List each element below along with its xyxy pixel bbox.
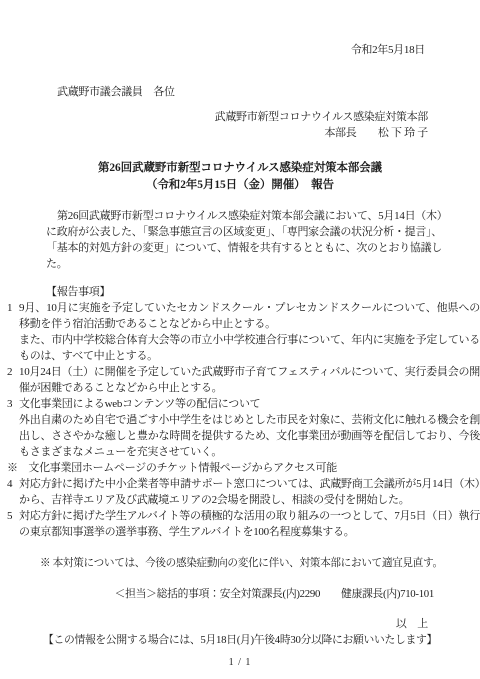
- issue-date: 令和2年5月18日: [0, 42, 480, 58]
- sender-block: 武蔵野市新型コロナウイルス感染症対策本部 本部長 松 下 玲 子: [0, 109, 480, 141]
- review-note: ※ 本対策については、今後の感染症動向の変化に伴い、対策本部において適宜見直す。: [40, 556, 480, 572]
- report-item-2: 2 10月24日（土）に開催を予定していた武蔵野市子育てフェスティバルについて、…: [0, 364, 480, 396]
- item-paragraph: 文化事業団によるwebコンテンツ等の配信について: [19, 396, 480, 412]
- item-number: 1: [7, 300, 12, 316]
- sender-name-line: 本部長 松 下 玲 子: [0, 125, 428, 141]
- item-paragraph: 対応方針に掲げた中小企業者等申請サポート窓口については、武蔵野商工会議所が5月1…: [19, 476, 480, 508]
- item-number: 5: [7, 508, 12, 524]
- closing-line: 以 上: [0, 616, 480, 632]
- title-line-2: （令和2年5月15日（金）開催） 報告: [0, 177, 480, 194]
- item-number: 2: [7, 364, 12, 380]
- page-number: 1 / 1: [0, 655, 480, 671]
- report-item-list: 1 9月、10月に実施を予定していたセカンドスクール・プレセカンドスクールについ…: [0, 300, 480, 540]
- intro-paragraph: 第26回武蔵野市新型コロナウイルス感染症対策本部会議において、5月14日（木）に…: [46, 208, 442, 272]
- title-line-1: 第26回武蔵野市新型コロナウイルス感染症対策本部会議: [0, 160, 480, 177]
- item-note: ※ 文化事業団ホームページのチケット情報ページからアクセス可能: [7, 460, 480, 476]
- item-number: 4: [7, 476, 12, 492]
- item-paragraph: 10月24日（土）に開催を予定していた武蔵野市子育てフェスティバルについて、実行…: [19, 364, 480, 396]
- contact-line: ＜担当＞総括的事項：安全対策課長(内)2290 健康課長(内)710-101: [0, 586, 480, 602]
- item-paragraph: 対応方針に掲げた学生アルバイト等の積極的な活用の取り組みの一つとして、7月5日（…: [19, 508, 480, 540]
- document-page: 令和2年5月18日 武蔵野市議会議員 各位 武蔵野市新型コロナウイルス感染症対策…: [0, 0, 480, 679]
- publish-restriction-note: 【この情報を公開する場合には、5月18日(月)午後4時30分以降にお願いいたしま…: [0, 632, 480, 648]
- item-paragraph: 外出自粛のため自宅で過ごす小中学生をはじめとした市民を対象に、芸術文化に触れる機…: [19, 412, 480, 460]
- item-paragraph: また、市内中学校総合体育大会等の市立小中学校連合行事について、年内に実施を予定し…: [19, 332, 480, 364]
- item-number: 3: [7, 396, 12, 412]
- item-paragraph: 9月、10月に実施を予定していたセカンドスクール・プレセカンドスクールについて、…: [19, 300, 480, 332]
- report-item-1: 1 9月、10月に実施を予定していたセカンドスクール・プレセカンドスクールについ…: [0, 300, 480, 364]
- sender-organization: 武蔵野市新型コロナウイルス感染症対策本部: [0, 109, 428, 125]
- document-title: 第26回武蔵野市新型コロナウイルス感染症対策本部会議 （令和2年5月15日（金）…: [0, 160, 480, 193]
- report-item-4: 4 対応方針に掲げた中小企業者等申請サポート窓口については、武蔵野商工会議所が5…: [0, 476, 480, 508]
- report-item-5: 5 対応方針に掲げた学生アルバイト等の積極的な活用の取り組みの一つとして、7月5…: [0, 508, 480, 540]
- report-item-3: 3 文化事業団によるwebコンテンツ等の配信について 外出自粛のため自宅で過ごす…: [0, 396, 480, 476]
- report-items-heading: 【報告事項】: [46, 284, 442, 300]
- recipient-line: 武蔵野市議会議員 各位: [0, 84, 480, 100]
